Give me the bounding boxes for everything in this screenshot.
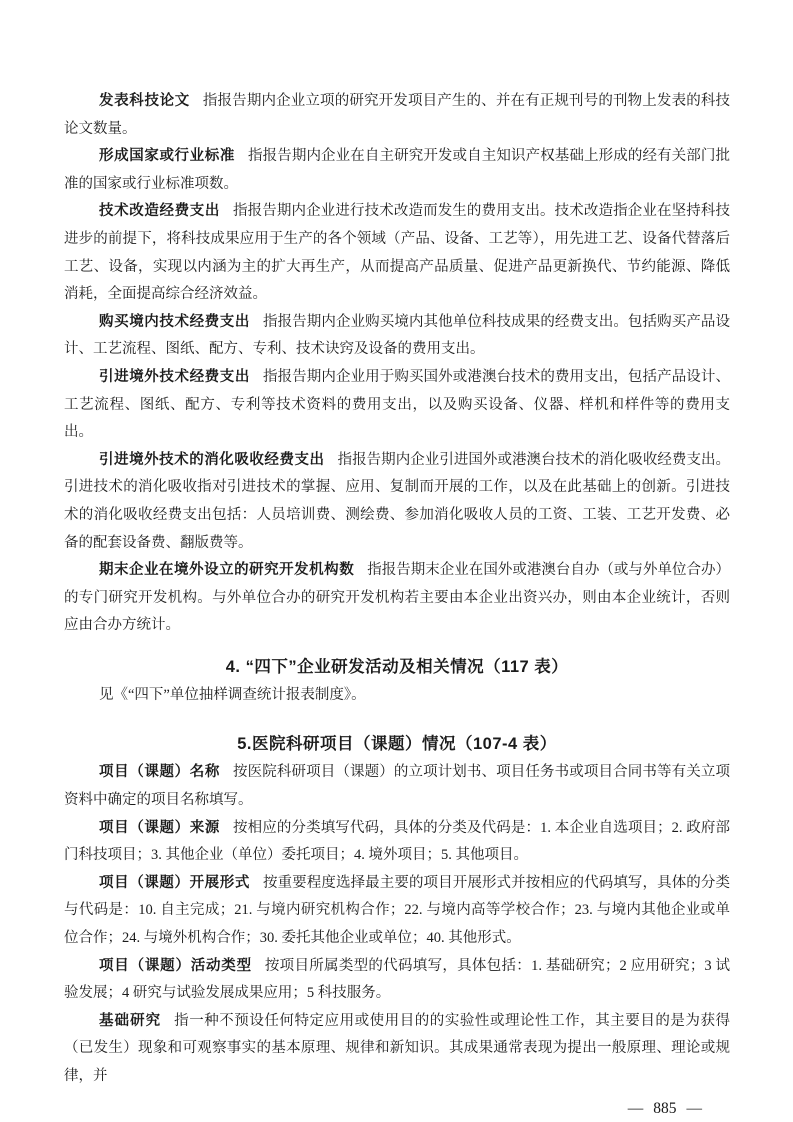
definition-text: 指一种不预设任何特定应用或使用目的的实验性或理论性工作，其主要目的是为获得（已发…: [64, 1013, 730, 1084]
definition-paragraph: 期末企业在境外设立的研究开发机构数指报告期末企业在国外或港澳台自办（或与外单位合…: [64, 557, 730, 640]
definition-paragraph: 项目（课题）活动类型按项目所属类型的代码填写，具体包括：1. 基础研究；2 应用…: [64, 953, 730, 1008]
definition-term: 项目（课题）来源: [99, 820, 220, 836]
definition-term: 项目（课题）活动类型: [99, 958, 252, 974]
definition-term: 引进境外技术经费支出: [99, 369, 250, 385]
footer-right-dash: —: [687, 1100, 703, 1117]
definition-paragraph: 引进境外技术的消化吸收经费支出指报告期内企业引进国外或港澳台技术的消化吸收经费支…: [64, 447, 730, 557]
definition-term: 项目（课题）开展形式: [99, 875, 250, 891]
definition-term: 项目（课题）名称: [99, 764, 220, 780]
document-page: 发表科技论文指报告期内企业立项的研究开发项目产生的、并在有正规刊号的刊物上发表的…: [0, 0, 793, 1122]
page-footer: —885—: [64, 1099, 730, 1119]
definition-paragraph: 基础研究指一种不预设任何特定应用或使用目的的实验性或理论性工作，其主要目的是为获…: [64, 1008, 730, 1091]
definition-paragraph: 项目（课题）来源按相应的分类填写代码，具体的分类及代码是：1. 本企业自选项目；…: [64, 815, 730, 870]
definition-paragraph: 购买境内技术经费支出指报告期内企业购买境内其他单位科技成果的经费支出。包括购买产…: [64, 309, 730, 364]
definition-paragraph: 项目（课题）名称按医院科研项目（课题）的立项计划书、项目任务书或项目合同书等有关…: [64, 759, 730, 814]
definition-term: 期末企业在境外设立的研究开发机构数: [99, 562, 354, 578]
definition-term: 购买境内技术经费支出: [99, 314, 250, 330]
definition-paragraph: 发表科技论文指报告期内企业立项的研究开发项目产生的、并在有正规刊号的刊物上发表的…: [64, 88, 730, 143]
definition-paragraph: 项目（课题）开展形式按重要程度选择最主要的项目开展形式并按相应的代码填写，具体的…: [64, 870, 730, 953]
footer-left-dash: —: [628, 1100, 644, 1117]
page-number: 885: [653, 1100, 676, 1117]
definition-paragraph: 形成国家或行业标准指报告期内企业在自主研究开发或自主知识产权基础上形成的经有关部…: [64, 143, 730, 198]
section-note-text: 见《“四下”单位抽样调查统计报表制度》。: [99, 687, 366, 703]
section-note: 见《“四下”单位抽样调查统计报表制度》。: [64, 682, 730, 710]
definition-paragraph: 技术改造经费支出指报告期内企业进行技术改造而发生的费用支出。技术改造指企业在坚持…: [64, 198, 730, 308]
definition-term: 基础研究: [99, 1013, 161, 1029]
definition-term: 形成国家或行业标准: [99, 148, 235, 164]
definition-term: 技术改造经费支出: [99, 203, 220, 219]
definition-term: 引进境外技术的消化吸收经费支出: [99, 452, 325, 468]
definition-paragraph: 引进境外技术经费支出指报告期内企业用于购买国外或港澳台技术的费用支出，包括产品设…: [64, 364, 730, 447]
section-heading-5: 5.医院科研项目（课题）情况（107-4 表）: [64, 729, 730, 759]
section-heading-4: 4. “四下”企业研发活动及相关情况（117 表）: [64, 652, 730, 682]
definition-term: 发表科技论文: [99, 93, 190, 109]
